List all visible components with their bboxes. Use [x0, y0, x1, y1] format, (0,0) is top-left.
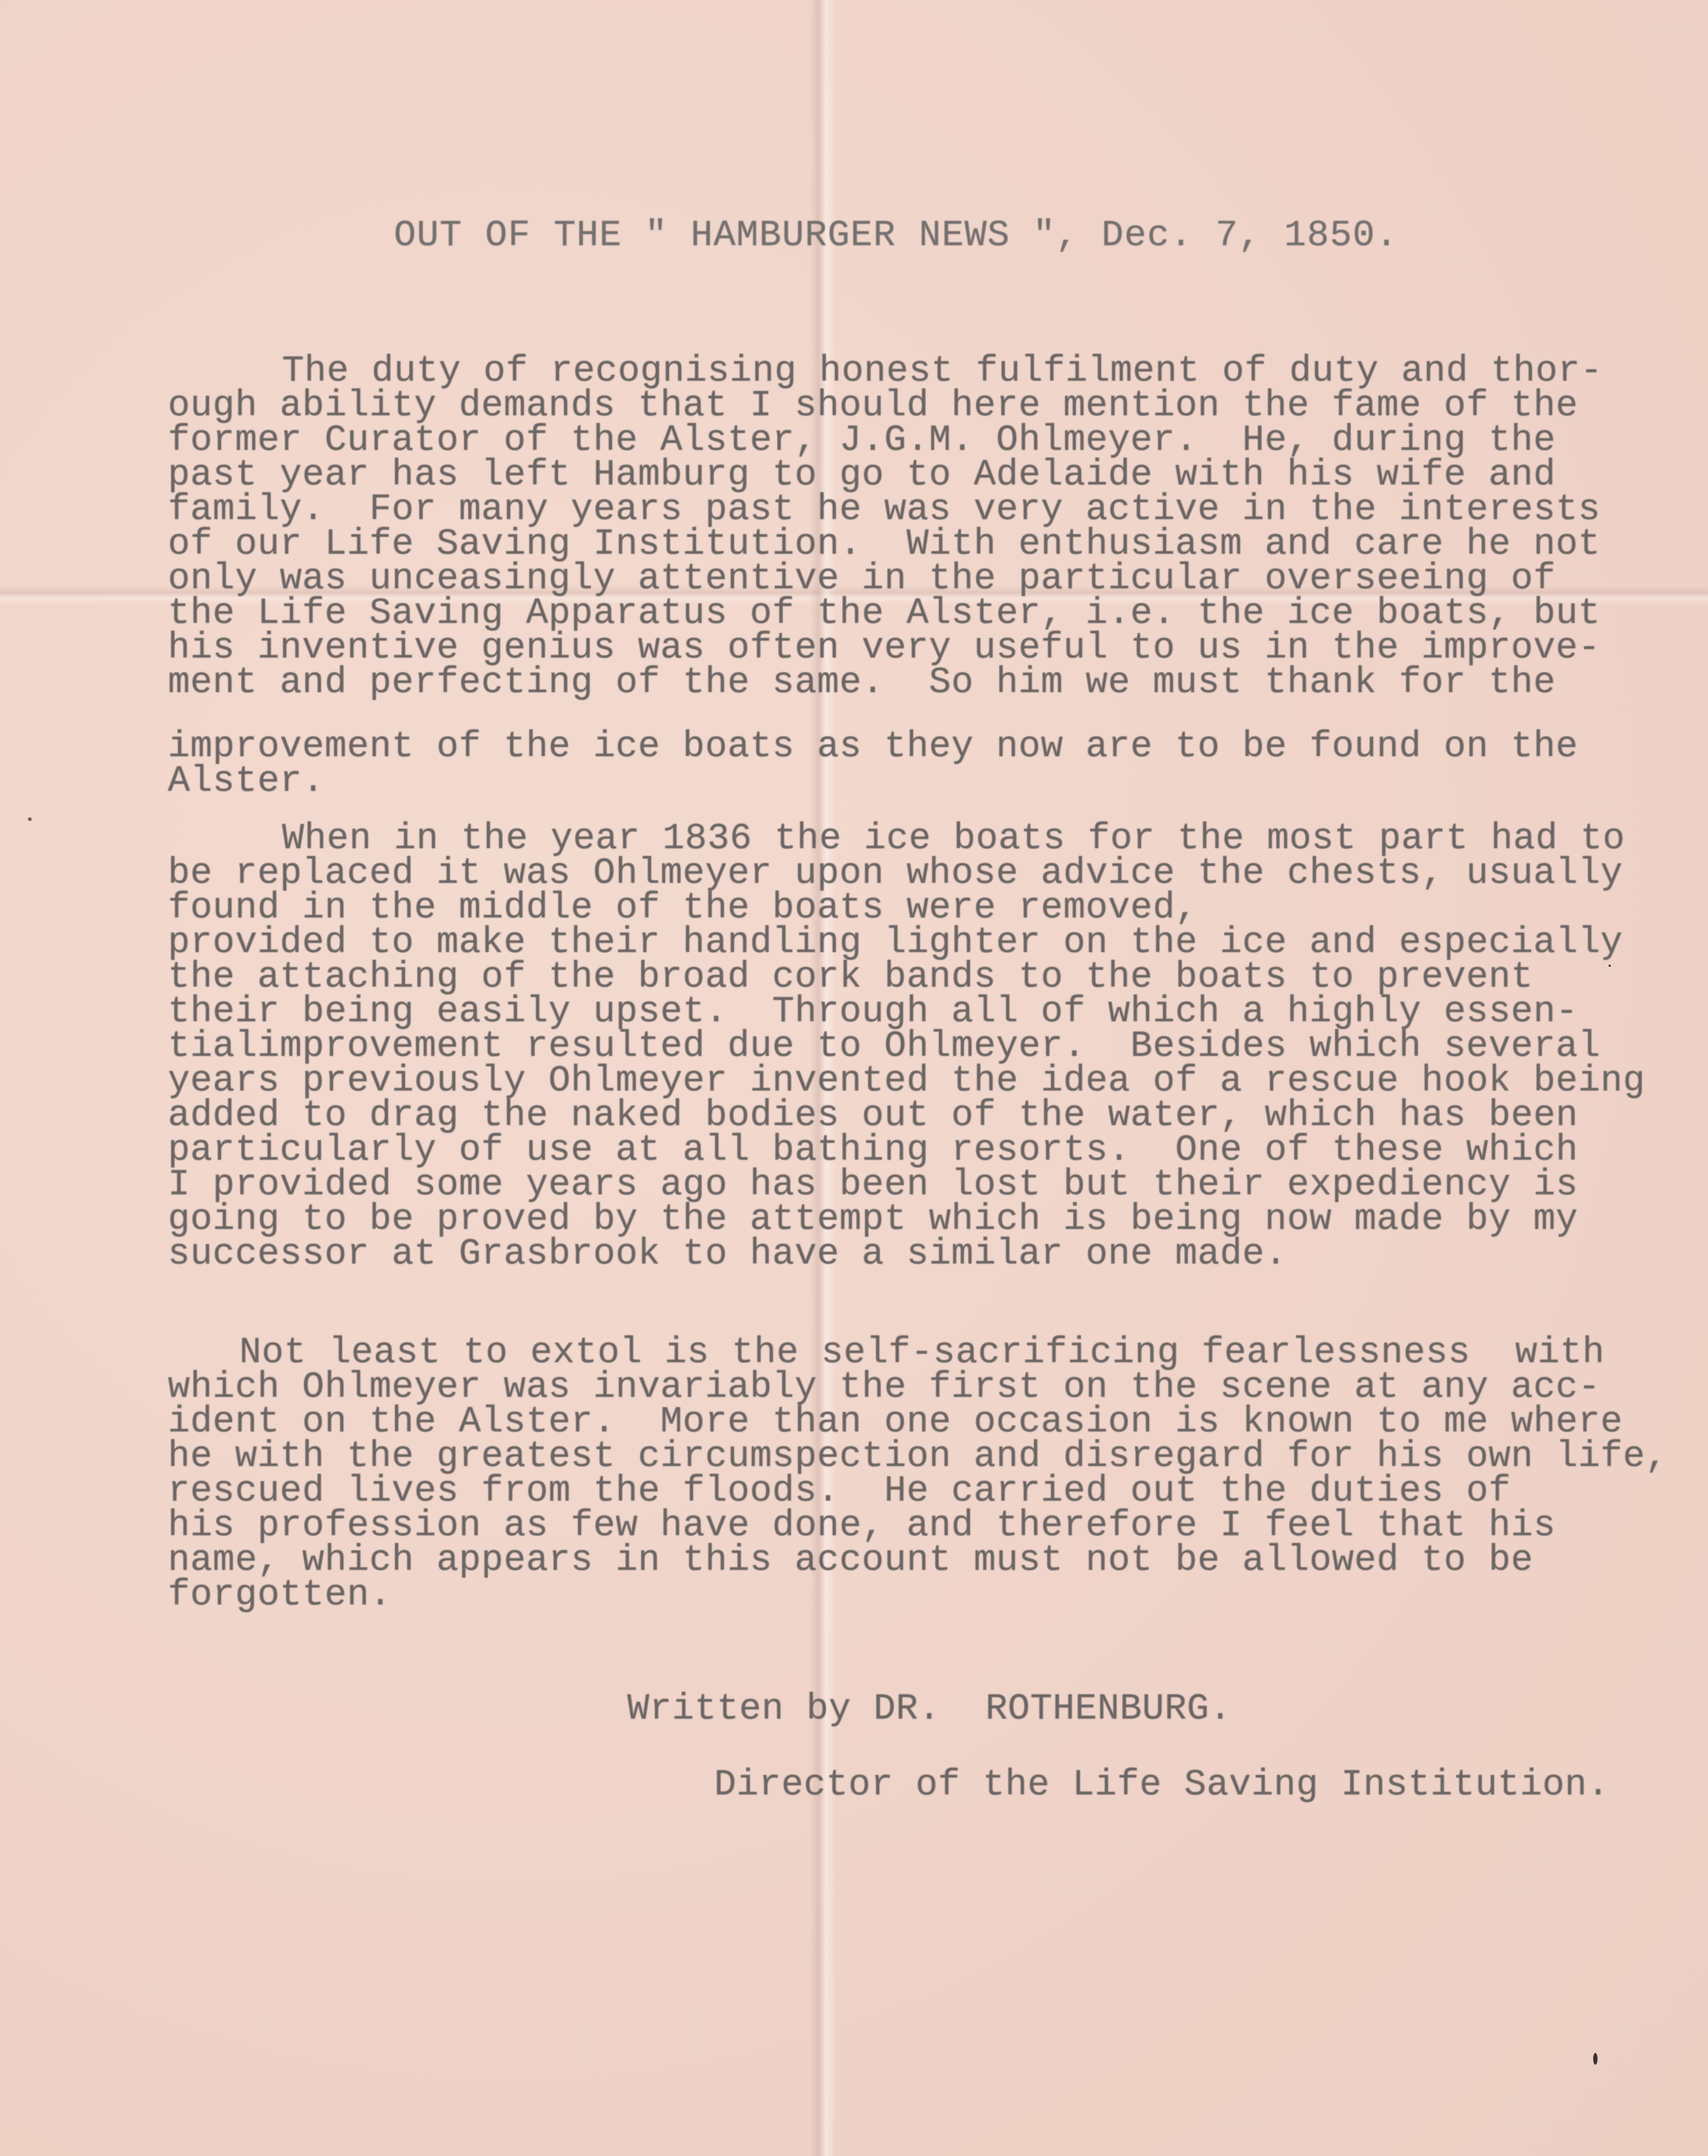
text-line: forgotten.: [168, 1577, 392, 1614]
signature-author: Written by DR. ROTHENBURG.: [627, 1691, 1232, 1728]
text-line: improvement of the ice boats as they now…: [168, 729, 1578, 766]
ink-speck: [28, 817, 32, 821]
text-line: Alster.: [168, 764, 325, 800]
ink-speck: [1609, 965, 1611, 967]
signature-position: Director of the Life Saving Institution.: [714, 1767, 1609, 1804]
ink-speck: [1593, 2053, 1598, 2065]
text-line: ment and perfecting of the same. So him …: [168, 665, 1556, 702]
text-line: successor at Grasbrook to have a similar…: [168, 1236, 1287, 1273]
document-title: OUT OF THE " HAMBURGER NEWS ", Dec. 7, 1…: [394, 218, 1398, 255]
